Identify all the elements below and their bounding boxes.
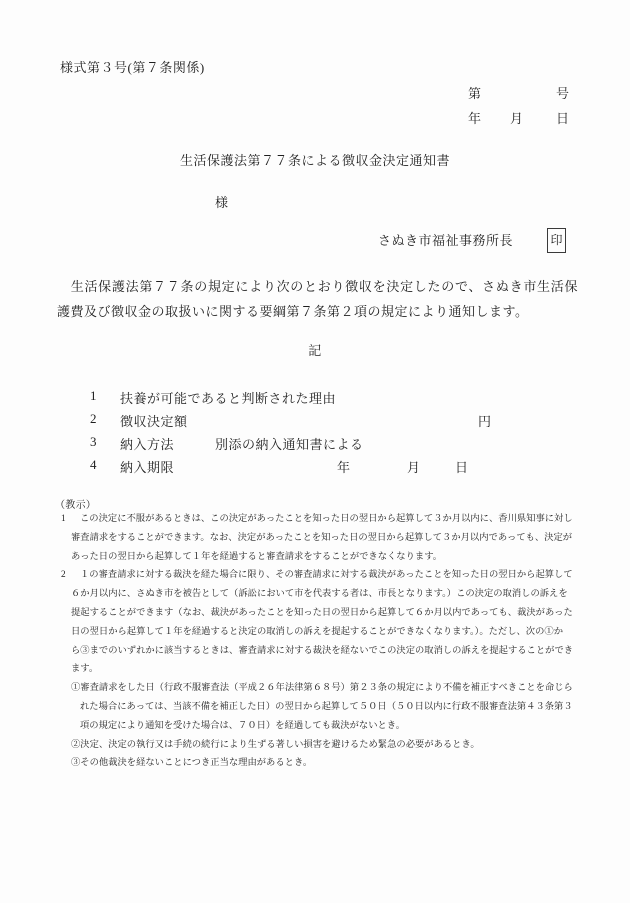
body-paragraph: 生活保護法第７７条の規定により次のとおり徴収を決定したので、さぬき市生活保護費及… <box>57 274 578 324</box>
notice-line: ③その他裁決を経ないことにつき正当な理由があるとき。 <box>61 754 601 773</box>
item-row-2: 2 徴収決定額 円 <box>90 411 590 427</box>
notice-line-text: この決定に不服があるときは、この決定があったことを知った日の翌日から起算して３か… <box>80 514 573 524</box>
notice-line-marker: 1 <box>61 510 80 529</box>
item-date-day-label: 日 <box>455 457 469 476</box>
notice-line-text: 審査請求をすることができます。なお、決定があったことを知った日の翌日から起算して… <box>71 533 572 543</box>
item-number: 1 <box>90 388 97 404</box>
notice-line: ら③までのいずれかに該当するときは、審査請求に対する裁決を経ないでこの決定の取消… <box>61 642 601 661</box>
notice-line: 提起することができます（なお、裁決があったことを知った日の翌日から起算して６か月… <box>61 604 601 623</box>
date-year-label: 年 <box>468 111 482 127</box>
item-value: 別添の納入通知書による <box>215 434 364 453</box>
notice-line-text: れた場合にあっては、当該不備を補正した日）の翌日から起算して５０日（５０日以内に… <box>80 702 573 712</box>
addressee-suffix: 様 <box>215 195 229 211</box>
notice-line-text: ②決定、決定の執行又は手続の続行により生ずる著しい損害を避けるため緊急の必要があ… <box>71 740 480 750</box>
item-date-year-label: 年 <box>337 457 351 476</box>
item-number: 2 <box>90 411 97 427</box>
notice-line: ます。 <box>61 660 601 679</box>
notice-heading: （教示） <box>55 496 96 511</box>
item-row-1: 1 扶養が可能であると判断された理由 <box>90 388 590 404</box>
item-label: 徴収決定額 <box>120 411 188 430</box>
document-title: 生活保護法第７７条による徴収金決定通知書 <box>0 153 630 169</box>
date-day-label: 日 <box>556 111 570 127</box>
notice-line: 審査請求をすることができます。なお、決定があったことを知った日の翌日から起算して… <box>61 529 601 548</box>
notice-line: 日の翌日から起算して１年を経過すると決定の取消しの訴えを提起することができなくな… <box>61 623 601 642</box>
notice-line-marker: 2 <box>61 566 80 585</box>
item-number: 4 <box>90 457 97 473</box>
item-row-3: 3 納入方法 別添の納入通知書による <box>90 434 590 450</box>
notice-line: あった日の翌日から起算して１年を経過すると審査請求をすることができなくなります。 <box>61 548 601 567</box>
item-number: 3 <box>90 434 97 450</box>
notice-line-text: ③その他裁決を経ないことにつき正当な理由があるとき。 <box>71 758 312 768</box>
notice-line-text: あった日の翌日から起算して１年を経過すると審査請求をすることができなくなります。 <box>71 552 442 562</box>
notice-line-text: ６か月以内に、さぬき市を被告として（訴訟において市を代表する者は、市長となります… <box>71 589 568 599</box>
date-month-label: 月 <box>510 111 524 127</box>
notice-line: 1この決定に不服があるときは、この決定があったことを知った日の翌日から起算して３… <box>61 510 601 529</box>
item-label: 納入方法 <box>120 434 174 453</box>
item-row-4: 4 納入期限 年 月 日 <box>90 457 590 473</box>
notice-line: 項の規定により通知を受けた場合は、７０日）を経過しても裁決がないとき。 <box>61 717 601 736</box>
doc-number-prefix: 第 <box>468 86 482 102</box>
form-number: 様式第３号(第７条関係) <box>60 60 205 76</box>
doc-number-suffix: 号 <box>556 86 570 102</box>
notice-line-text: ①審査請求をした日（行政不服審査法（平成２６年法律第６８号）第２３条の規定により… <box>71 683 573 693</box>
item-date-month-label: 月 <box>407 457 421 476</box>
notice-line-text: 項の規定により通知を受けた場合は、７０日）を経過しても裁決がないとき。 <box>80 721 405 731</box>
notice-line: れた場合にあっては、当該不備を補正した日）の翌日から起算して５０日（５０日以内に… <box>61 698 601 717</box>
notice-lines: 1この決定に不服があるときは、この決定があったことを知った日の翌日から起算して３… <box>61 510 601 773</box>
issuer-name: さぬき市福祉事務所長 <box>378 233 513 249</box>
notice-line: 2１の審査請求に対する裁決を経た場合に限り、その審査請求に対する裁決があったこと… <box>61 566 601 585</box>
item-unit-yen: 円 <box>478 411 492 430</box>
notice-line: ②決定、決定の執行又は手続の続行により生ずる著しい損害を避けるため緊急の必要があ… <box>61 736 601 755</box>
item-label: 扶養が可能であると判断された理由 <box>120 388 336 407</box>
notice-line-text: ら③までのいずれかに該当するときは、審査請求に対する裁決を経ないでこの決定の取消… <box>71 646 573 656</box>
item-label: 納入期限 <box>120 457 174 476</box>
notice-line-text: １の審査請求に対する裁決を経た場合に限り、その審査請求に対する裁決があったことを… <box>80 570 573 580</box>
record-marker: 記 <box>0 343 630 359</box>
notice-line-text: 提起することができます（なお、裁決があったことを知った日の翌日から起算して６か月… <box>71 608 573 618</box>
notice-line-text: 日の翌日から起算して１年を経過すると決定の取消しの訴えを提起することができなくな… <box>71 627 563 637</box>
notice-line-text: ます。 <box>71 664 98 674</box>
notice-line: ６か月以内に、さぬき市を被告として（訴訟において市を代表する者は、市長となります… <box>61 585 601 604</box>
document-page: 様式第３号(第７条関係) 第 号 年 月 日 生活保護法第７７条による徴収金決定… <box>0 0 630 903</box>
notice-line: ①審査請求をした日（行政不服審査法（平成２６年法律第６８号）第２３条の規定により… <box>61 679 601 698</box>
seal-stamp-box: 印 <box>547 228 566 253</box>
